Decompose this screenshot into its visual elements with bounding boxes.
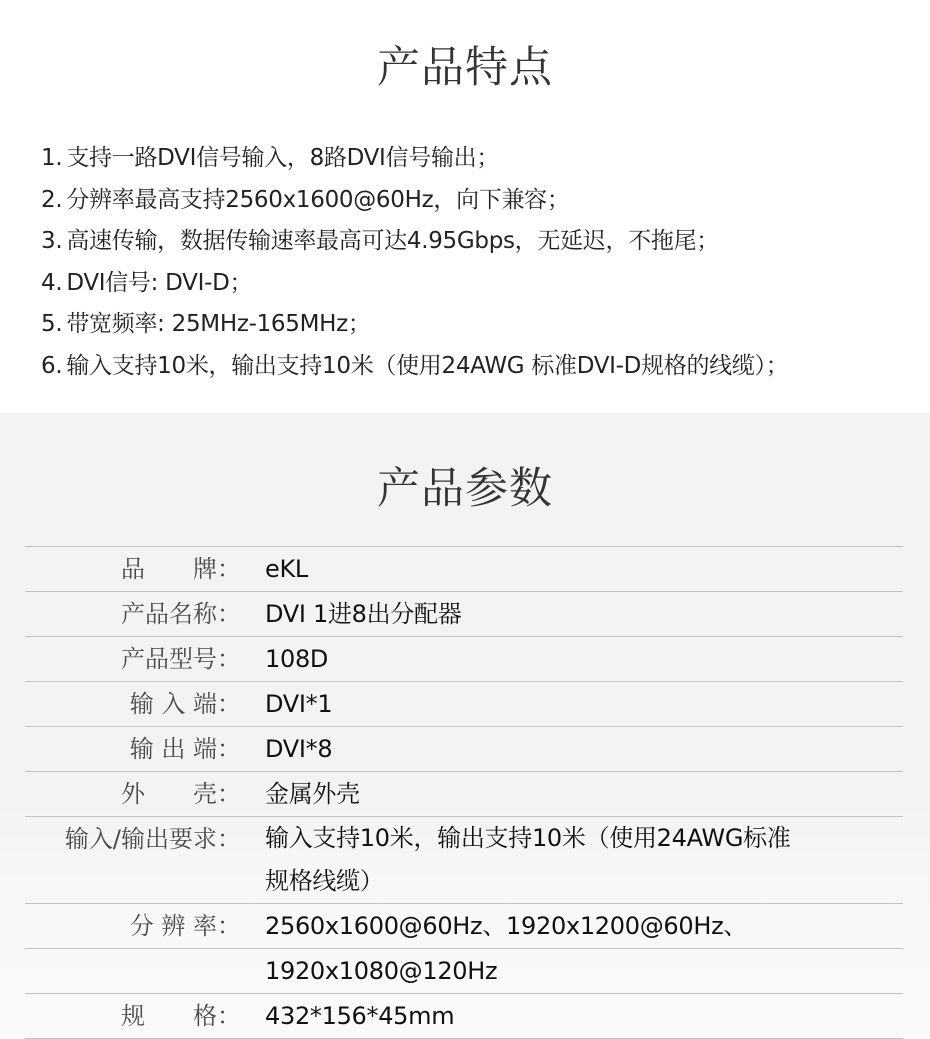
spec-row-io-requirements: 输入/输出要求： 输入支持10米，输出支持10米（使用24AWG标准 规格线缆） [25, 816, 903, 903]
feature-item: 2.分辨率最高支持2560x1600@60Hz，向下兼容； [41, 184, 788, 226]
feature-number: 3. [41, 228, 62, 254]
spec-value-continued: 规格线缆） [265, 860, 903, 903]
spec-label: 输入/输出要求： [25, 817, 241, 861]
spec-value: DVI*8 [265, 727, 903, 771]
spec-value: 2560x1600@60Hz、1920x1200@60Hz、 [265, 904, 903, 948]
spec-value: DVI 1进8出分配器 [265, 592, 903, 636]
spec-value: 108D [265, 637, 903, 681]
spec-label: 输 入 端： [25, 682, 241, 726]
feature-number: 5. [41, 311, 62, 337]
spec-label: 产品型号： [25, 637, 241, 681]
spec-label: 品 牌： [25, 547, 241, 591]
feature-number: 1. [41, 145, 62, 171]
feature-item: 6.输入支持10米，输出支持10米（使用24AWG 标准DVI-D规格的线缆）； [41, 350, 788, 392]
spec-label: 规 格： [25, 994, 241, 1038]
spec-row-brand: 品 牌： eKL [25, 546, 903, 591]
spec-row-housing: 外 壳： 金属外壳 [25, 771, 903, 816]
feature-item: 4.DVI信号: DVI-D； [41, 267, 788, 309]
features-title: 产品特点 [0, 34, 930, 95]
feature-number: 2. [41, 187, 62, 213]
feature-number: 6. [41, 353, 62, 379]
spec-row-resolution: 分 辨 率： 2560x1600@60Hz、1920x1200@60Hz、 [25, 903, 903, 948]
feature-item: 3.高速传输，数据传输速率最高可达4.95Gbps，无延迟，不拖尾； [41, 225, 788, 267]
spec-value: 输入支持10米，输出支持10米（使用24AWG标准 [265, 817, 903, 860]
params-title: 产品参数 [0, 455, 930, 516]
spec-row-model: 产品型号： 108D [25, 636, 903, 681]
spec-label: 产品名称： [25, 592, 241, 636]
feature-text: 分辨率最高支持2560x1600@60Hz，向下兼容； [66, 187, 569, 213]
spec-row-input-port: 输 入 端： DVI*1 [25, 681, 903, 726]
feature-text: DVI信号: DVI-D； [66, 270, 252, 296]
feature-text: 支持一路DVI信号输入，8路DVI信号输出； [66, 145, 499, 171]
spec-row-dimensions: 规 格： 432*156*45mm [25, 993, 903, 1039]
feature-list: 1.支持一路DVI信号输入，8路DVI信号输出； 2.分辨率最高支持2560x1… [41, 142, 788, 391]
spec-label: 外 壳： [25, 772, 241, 816]
product-params-section: 产品参数 品 牌： eKL 产品名称： DVI 1进8出分配器 产品型号： 10… [0, 413, 930, 1039]
product-features-section: 产品特点 1.支持一路DVI信号输入，8路DVI信号输出； 2.分辨率最高支持2… [0, 0, 930, 413]
spec-value: 金属外壳 [265, 772, 903, 816]
spec-table: 品 牌： eKL 产品名称： DVI 1进8出分配器 产品型号： 108D 输 … [25, 546, 903, 1039]
feature-item: 5.带宽频率: 25MHz-165MHz； [41, 308, 788, 350]
feature-number: 4. [41, 270, 62, 296]
spec-row-output-port: 输 出 端： DVI*8 [25, 726, 903, 771]
feature-text: 带宽频率: 25MHz-165MHz； [66, 311, 370, 337]
spec-value: DVI*1 [265, 682, 903, 726]
spec-label: 输 出 端： [25, 727, 241, 771]
feature-text: 高速传输，数据传输速率最高可达4.95Gbps，无延迟，不拖尾； [66, 228, 719, 254]
spec-row-resolution-continued: 1920x1080@120Hz [25, 948, 903, 993]
spec-row-product-name: 产品名称： DVI 1进8出分配器 [25, 591, 903, 636]
spec-label: 分 辨 率： [25, 904, 241, 948]
feature-item: 1.支持一路DVI信号输入，8路DVI信号输出； [41, 142, 788, 184]
spec-value: 432*156*45mm [265, 994, 903, 1038]
feature-text: 输入支持10米，输出支持10米（使用24AWG 标准DVI-D规格的线缆）； [66, 353, 788, 379]
spec-value: eKL [265, 547, 903, 591]
spec-value: 1920x1080@120Hz [265, 949, 903, 993]
